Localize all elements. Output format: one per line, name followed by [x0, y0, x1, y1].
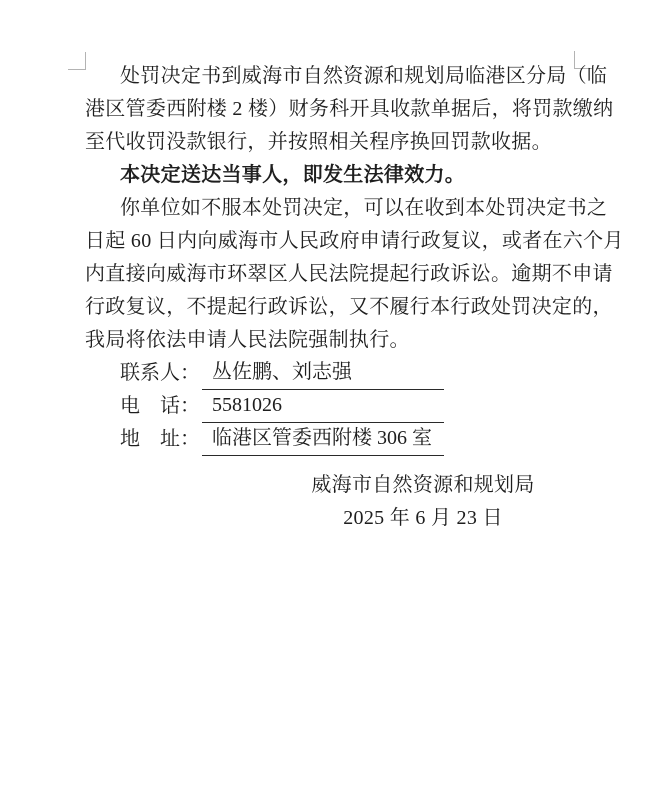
address-label: 地 址：: [120, 423, 202, 456]
phone-value: 5581026: [202, 389, 444, 423]
phone-row: 电 话： 5581026: [120, 390, 585, 423]
paragraph-appeal-line: 我局将依法申请人民法院强制执行。: [85, 324, 585, 357]
paragraph-appeal-line: 你单位如不服本处罚决定，可以在收到本处罚决定书之: [85, 192, 585, 225]
text-boundary-mark-top-left: [68, 52, 86, 70]
paragraph-appeal-line: 日起 60 日内向威海市人民政府申请行政复议，或者在六个月: [85, 225, 585, 258]
phone-label: 电 话：: [120, 390, 202, 423]
signature-block: 威海市自然资源和规划局 2025 年 6 月 23 日: [173, 469, 669, 535]
contact-person-value: 丛佐鹏、刘志强: [202, 356, 444, 390]
contact-person-label: 联系人：: [120, 357, 202, 390]
address-value: 临港区管委西附楼 306 室: [202, 422, 444, 456]
paragraph-appeal-line: 行政复议，不提起行政诉讼，又不履行本行政处罚决定的，: [85, 291, 585, 324]
issue-date: 2025 年 6 月 23 日: [173, 502, 669, 535]
legal-effect-statement: 本决定送达当事人，即发生法律效力。: [85, 159, 585, 192]
document-body: 处罚决定书到威海市自然资源和规划局临港区分局（临 港区管委西附楼 2 楼）财务科…: [85, 60, 585, 535]
paragraph-appeal-line: 内直接向威海市环翠区人民法院提起行政诉讼。逾期不申请: [85, 258, 585, 291]
paragraph-payment-line: 港区管委西附楼 2 楼）财务科开具收款单据后，将罚款缴纳: [85, 93, 585, 126]
issuing-authority: 威海市自然资源和规划局: [173, 469, 669, 502]
paragraph-payment-line: 处罚决定书到威海市自然资源和规划局临港区分局（临: [85, 60, 585, 93]
contact-person-row: 联系人： 丛佐鹏、刘志强: [120, 357, 585, 390]
paragraph-payment-line: 至代收罚没款银行，并按照相关程序换回罚款收据。: [85, 126, 585, 159]
address-row: 地 址： 临港区管委西附楼 306 室: [120, 423, 585, 456]
